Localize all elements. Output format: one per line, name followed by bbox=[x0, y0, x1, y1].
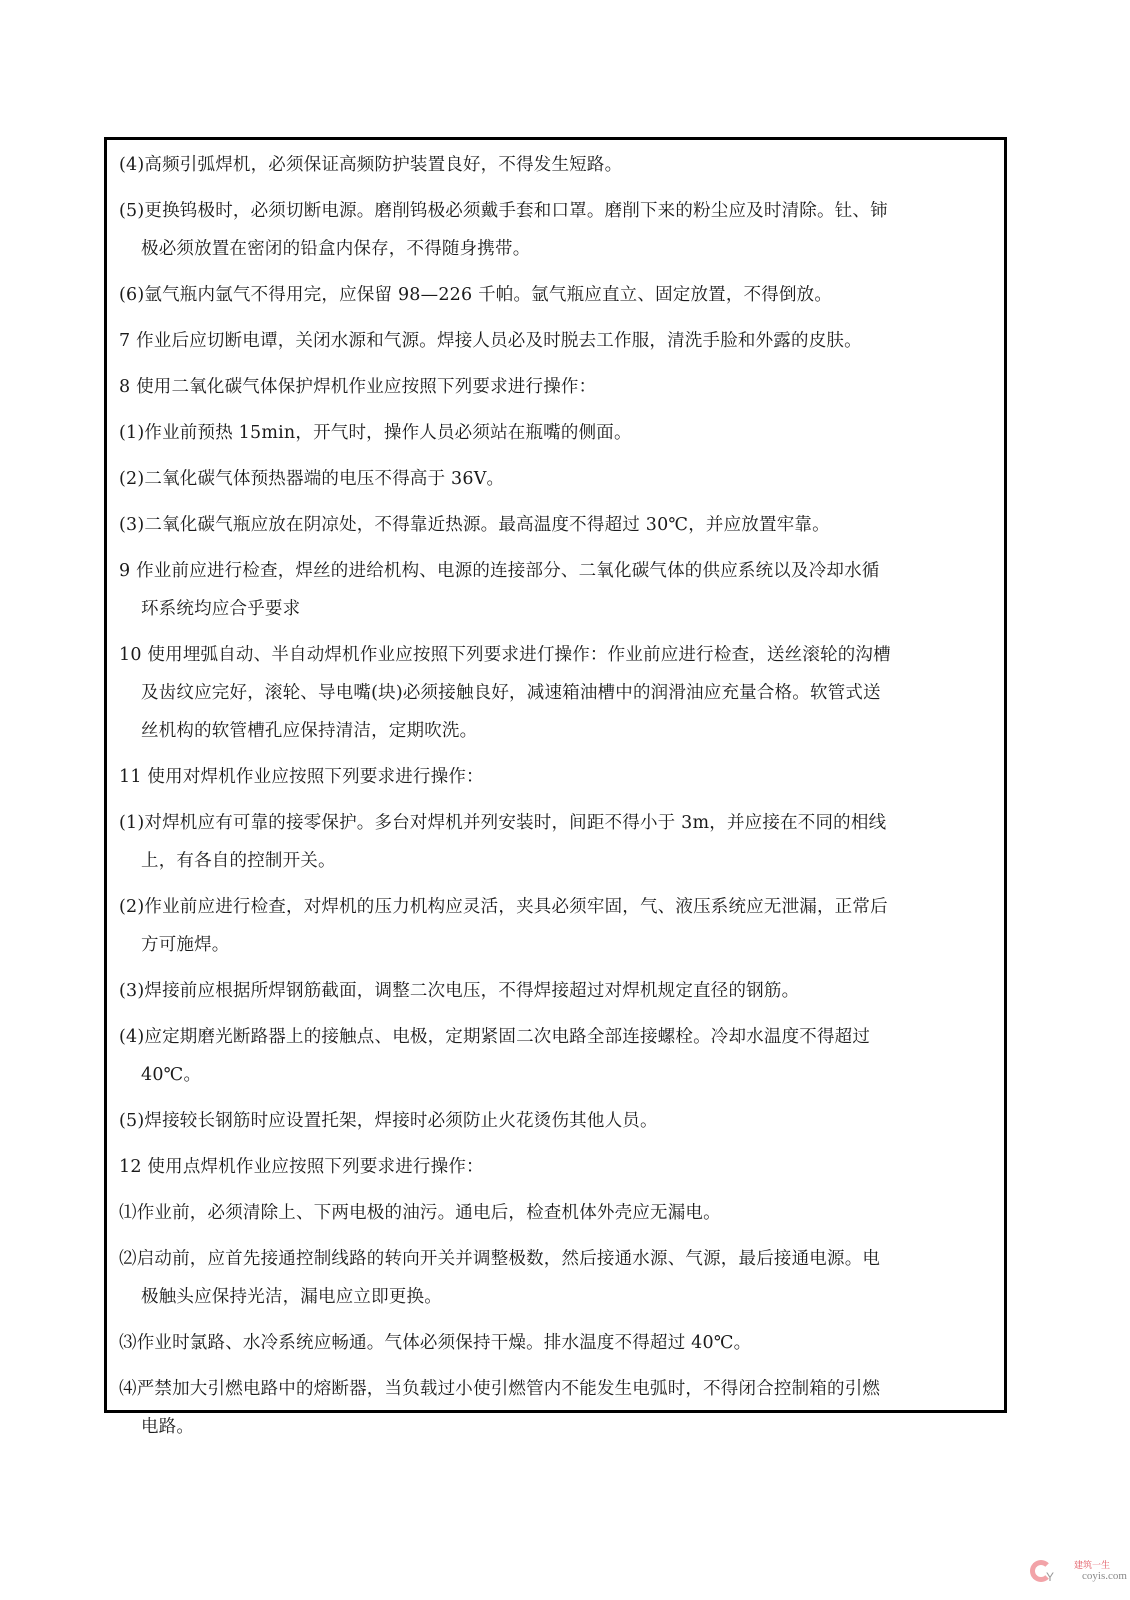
text-line: (4)高频引弧焊机，必须保证高频防护装置良好，不得发生短路。 bbox=[119, 146, 996, 184]
paragraph-7-after-work: 7 作业后应切断电谭，关闭水源和气源。焊接人员必及时脱去工作服，清洗手脸和外露的… bbox=[119, 322, 996, 368]
text-line: 9 作业前应进行检查，焊丝的进给机构、电源的连接部分、二氧化碳气体的供应系统以及… bbox=[119, 552, 996, 590]
text-line: 10 使用埋弧自动、半自动焊机作业应按照下列要求进仃操作：作业前应进行检查，送丝… bbox=[119, 636, 996, 674]
paragraph-11-5: (5)焊接较长钢筋时应设置托架，焊接时必须防止火花烫伤其他人员。 bbox=[119, 1102, 996, 1148]
text-line: 极必须放置在密闭的铅盒内保存，不得随身携带。 bbox=[119, 230, 996, 268]
paragraph-8-3: (3)二氧化碳气瓶应放在阴凉处，不得靠近热源。最高温度不得超过 30℃，并应放置… bbox=[119, 506, 996, 552]
text-line: (2)二氧化碳气体预热器端的电压不得高于 36V。 bbox=[119, 460, 996, 498]
paragraph-12-4: ⑷严禁加大引燃电路中的熔断器，当负载过小使引燃管内不能发生电弧时，不得闭合控制箱… bbox=[119, 1370, 996, 1454]
site-url: coyis.com bbox=[1082, 1570, 1127, 1582]
paragraph-12-spot-weld-heading: 12 使用点焊机作业应按照下列要求进行操作： bbox=[119, 1148, 996, 1194]
paragraph-10-submerged-arc: 10 使用埋弧自动、半自动焊机作业应按照下列要求进仃操作：作业前应进行检查，送丝… bbox=[119, 636, 996, 758]
text-line: (5)更换钨极时，必须切断电源。磨削钨极必须戴手套和口罩。磨削下来的粉尘应及时清… bbox=[119, 192, 996, 230]
paragraph-6-argon: (6)氩气瓶内氩气不得用完，应保留 98—226 千帕。氩气瓶应直立、固定放置，… bbox=[119, 276, 996, 322]
text-line: ⑷严禁加大引燃电路中的熔断器，当负载过小使引燃管内不能发生电弧时，不得闭合控制箱… bbox=[119, 1370, 996, 1408]
paragraph-12-2: ⑵启动前，应首先接通控制线路的转向开关并调整极数，然后接通水源、气源，最后接通电… bbox=[119, 1240, 996, 1324]
paragraph-5-tungsten: (5)更换钨极时，必须切断电源。磨削钨极必须戴手套和口罩。磨削下来的粉尘应及时清… bbox=[119, 192, 996, 276]
paragraph-11-butt-weld-heading: 11 使用对焊机作业应按照下列要求进行操作： bbox=[119, 758, 996, 804]
paragraph-9-inspection: 9 作业前应进行检查，焊丝的进给机构、电源的连接部分、二氧化碳气体的供应系统以及… bbox=[119, 552, 996, 636]
paragraph-12-1: ⑴作业前，必须清除上、下两电极的油污。通电后，检查机体外壳应无漏电。 bbox=[119, 1194, 996, 1240]
text-line: (6)氩气瓶内氩气不得用完，应保留 98—226 千帕。氩气瓶应直立、固定放置，… bbox=[119, 276, 996, 314]
document-frame: (4)高频引弧焊机，必须保证高频防护装置良好，不得发生短路。 (5)更换钨极时，… bbox=[104, 137, 1007, 1413]
text-line: 电路。 bbox=[119, 1408, 996, 1446]
text-line: 方可施焊。 bbox=[119, 926, 996, 964]
paragraph-11-3: (3)焊接前应根据所焊钢筋截面，调整二次电压，不得焊接超过对焊机规定直径的钢筋。 bbox=[119, 972, 996, 1018]
site-watermark: Y 建筑一生 coyis.com bbox=[1022, 1556, 1130, 1592]
text-line: (5)焊接较长钢筋时应设置托架，焊接时必须防止火花烫伤其他人员。 bbox=[119, 1102, 996, 1140]
paragraph-11-2: (2)作业前应进行检查，对焊机的压力机构应灵活，夹具必须牢固，气、液压系统应无泄… bbox=[119, 888, 996, 972]
text-line: (1)对焊机应有可靠的接零保护。多台对焊机并列安装时，间距不得小于 3m，并应接… bbox=[119, 804, 996, 842]
text-line: 8 使用二氧化碳气体保护焊机作业应按照下列要求进行操作： bbox=[119, 368, 996, 406]
text-line: (4)应定期磨光断路器上的接触点、电极，定期紧固二次电路全部连接螺栓。冷却水温度… bbox=[119, 1018, 996, 1056]
text-line: 7 作业后应切断电谭，关闭水源和气源。焊接人员必及时脱去工作服，清洗手脸和外露的… bbox=[119, 322, 996, 360]
text-line: ⑶作业时氯路、水冷系统应畅通。气体必须保持干燥。排水温度不得超过 40℃。 bbox=[119, 1324, 996, 1362]
text-line: (2)作业前应进行检查，对焊机的压力机构应灵活，夹具必须牢固，气、液压系统应无泄… bbox=[119, 888, 996, 926]
paragraph-4-high-frequency: (4)高频引弧焊机，必须保证高频防护装置良好，不得发生短路。 bbox=[119, 146, 996, 192]
text-line: (3)焊接前应根据所焊钢筋截面，调整二次电压，不得焊接超过对焊机规定直径的钢筋。 bbox=[119, 972, 996, 1010]
text-line: 11 使用对焊机作业应按照下列要求进行操作： bbox=[119, 758, 996, 796]
paragraph-8-2: (2)二氧化碳气体预热器端的电压不得高于 36V。 bbox=[119, 460, 996, 506]
text-line: (1)作业前预热 15min，开气时，操作人员必须站在瓶嘴的侧面。 bbox=[119, 414, 996, 452]
paragraph-8-co2-heading: 8 使用二氧化碳气体保护焊机作业应按照下列要求进行操作： bbox=[119, 368, 996, 414]
paragraph-11-1: (1)对焊机应有可靠的接零保护。多台对焊机并列安装时，间距不得小于 3m，并应接… bbox=[119, 804, 996, 888]
text-line: (3)二氧化碳气瓶应放在阴凉处，不得靠近热源。最高温度不得超过 30℃，并应放置… bbox=[119, 506, 996, 544]
document-body: (4)高频引弧焊机，必须保证高频防护装置良好，不得发生短路。 (5)更换钨极时，… bbox=[119, 146, 996, 1454]
paragraph-12-3: ⑶作业时氯路、水冷系统应畅通。气体必须保持干燥。排水温度不得超过 40℃。 bbox=[119, 1324, 996, 1370]
text-line: 12 使用点焊机作业应按照下列要求进行操作： bbox=[119, 1148, 996, 1186]
text-line: 极触头应保持光洁，漏电应立即更换。 bbox=[119, 1278, 996, 1316]
paragraph-11-4: (4)应定期磨光断路器上的接触点、电极，定期紧固二次电路全部连接螺栓。冷却水温度… bbox=[119, 1018, 996, 1102]
text-line: 丝机构的软管槽孔应保持清洁，定期吹洗。 bbox=[119, 712, 996, 750]
text-line: ⑵启动前，应首先接通控制线路的转向开关并调整极数，然后接通水源、气源，最后接通电… bbox=[119, 1240, 996, 1278]
text-line: 及齿纹应完好，滚轮、导电嘴(块)必须接触良好，减速箱油槽中的润滑油应充量合格。软… bbox=[119, 674, 996, 712]
text-line: ⑴作业前，必须清除上、下两电极的油污。通电后，检查机体外壳应无漏电。 bbox=[119, 1194, 996, 1232]
paragraph-8-1: (1)作业前预热 15min，开气时，操作人员必须站在瓶嘴的侧面。 bbox=[119, 414, 996, 460]
text-line: 40℃。 bbox=[119, 1056, 996, 1094]
text-line: 上，有各自的控制开关。 bbox=[119, 842, 996, 880]
text-line: 环系统均应合乎要求 bbox=[119, 590, 996, 628]
logo-letter: Y bbox=[1046, 1570, 1054, 1584]
